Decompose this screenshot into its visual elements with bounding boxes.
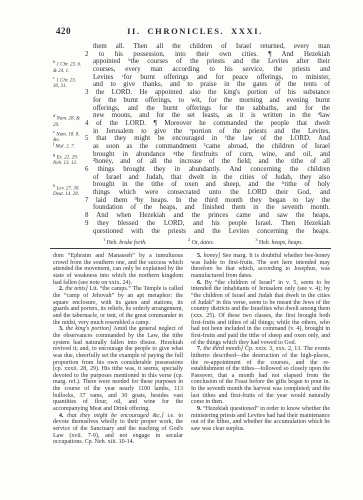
scripture-line: as soon as the commandment ¹came abroad,… [85,143,330,151]
scripture-line: foundation of the heaps, and finished th… [85,204,330,212]
scripture-line: 8 And when Hezekiah and the princes came… [85,212,330,220]
scripture-line: 2 to his possession, into their own citi… [85,51,330,59]
scripture-line: new moons, and for the set feasts, as it… [85,112,330,120]
margin-note-mark: e [53,129,55,134]
footnote-text: brake forth. [119,240,146,246]
scripture-section: b 1 Chr. 23. 6. & 24. 1.c 1 Chr. 23. 30,… [53,43,330,235]
verse-number: 4 [85,120,88,127]
margin-note: f Mal. 2. 7. [53,141,83,150]
verse-number: 2 [85,51,88,58]
scripture-line: Levites ᶜfor burnt offerings and for pea… [85,74,330,82]
margin-note-mark: h [53,183,55,188]
note-number: 7. [197,346,202,352]
verse-number: 6 [85,166,88,173]
scripture-line: of Israel and Judah, that dwelt in the c… [85,174,330,182]
footnote-row: 1 Heb. brake forth.2 Or, dates.3 Heb. he… [103,237,303,246]
scripture-line: appointed ᵇthe courses of the priests an… [85,58,330,66]
verse-number: 7 [85,197,88,204]
commentary-paragraph: 6. By “the children of Israel” in v. 5, … [191,280,330,347]
commentary-left-column: dom “Ephraim and Manasseh” by a tumultuo… [53,253,183,446]
scripture-line: ²honey, and of all the increase of the f… [85,158,330,166]
footnote-text: dates. [200,240,214,246]
margin-note-mark: c [53,75,55,80]
margin-note-mark: g [53,152,55,157]
margin-note-mark: b [53,59,55,64]
note-text: By “the children of Israel” in v. 5, see… [191,280,330,346]
note-lemma: the king's portion] [66,326,112,332]
scripture-line: them all. Then all the children of Israe… [85,43,330,51]
page-title: II. CHRONICLES. XXXI. [60,26,330,36]
verse-number: 3 [85,89,88,96]
scripture-line: for the burnt offerings, to wit, for the… [85,97,330,105]
note-number: 9. [197,406,202,412]
scripture-line: brought in the tithe of oxen and sheep, … [85,181,330,189]
footnote-mark: 2 [188,237,190,242]
scripture-line: 9 they blessed the LORD, and his people … [85,220,330,228]
verse-number: 8 [85,212,88,219]
margin-note: c 1 Chr. 23. 30, 31. [53,75,83,90]
scripture-line: 5 that they might be encouraged in ᶠthe … [85,135,330,143]
footnote-mark: 1 [103,237,105,242]
commentary-paragraph: dom “Ephraim and Manasseh” by a tumultuo… [53,253,183,286]
margin-note: g Ex. 22. 29. Neh. 13. 12. [53,152,83,167]
scripture-text: them all. Then all the children of Israe… [85,43,330,235]
footnote: 1 Heb. brake forth. [103,237,147,246]
note-text: Amid the general neglect of the observan… [53,326,183,412]
commentary-paragraph: 5. honey] See marg. It is doubtful wheth… [191,253,330,280]
commentary-right-column: 5. honey] See marg. It is doubtful wheth… [191,253,330,446]
commentary-paragraph: 2. the tents] Lit. “the camps.” The Temp… [53,286,183,326]
margin-note-mark: f [53,141,54,146]
note-number: 4. [59,413,64,419]
note-text: dom “Ephraim and Manasseh” by a tumultuo… [53,253,183,286]
commentary-paragraph: 3. the king's portion] Amid the general … [53,326,183,413]
scripture-line: offerings, and the burnt offerings for t… [85,105,330,113]
note-text: Lit. “the camps.” The Temple is called t… [53,286,183,325]
note-text: “Hezekiah questioned” in order to know w… [191,406,330,432]
scripture-line: 4 of the LORD. ¶ Moreover he commanded t… [85,120,330,128]
note-number: 3. [59,326,64,332]
scripture-line: 6 things brought they in abundantly. And… [85,166,330,174]
scripture-line: courses, every man according to his serv… [85,66,330,74]
verse-number: 9 [85,220,88,227]
divider-rule [50,248,331,249]
note-text: Cp. xxix. 3, xxx. 2, 13. The events hith… [191,346,330,405]
note-lemma: honey] [204,253,221,259]
note-lemma: the third month] [203,346,243,352]
commentary-paragraph: 9. “Hezekiah questioned” in order to kno… [191,406,330,433]
note-number: 6. [197,280,202,286]
scripture-line: things which were consecrated unto the L… [85,189,330,197]
footnote: 3 Heb. heaps, heaps. [255,237,303,246]
note-lemma: the tents] [65,286,88,292]
margin-note-mark: d [53,113,55,118]
scripture-line: in Jerusalem to give the ᵉportion of the… [85,128,330,136]
scripture-line: 7 laid them ³by heaps. In the third mont… [85,197,330,205]
margin-note: h Lev. 27. 30. Deut. 14. 28. [53,183,83,198]
footnote: 2 Or, dates. [188,237,214,246]
note-number: 2. [59,286,64,292]
page-header: 420 II. CHRONICLES. XXXI. [0,26,363,40]
footnote-mark: 3 [255,237,257,242]
commentary-section: dom “Ephraim and Manasseh” by a tumultuo… [53,253,330,446]
scripture-line: 3 the LORD. He appointed also the king's… [85,89,330,97]
scripture-line: questioned with the priests and the Levi… [85,228,330,236]
commentary-paragraph: 4. that they might be encouraged &c.] i.… [53,413,183,446]
footnote-text: heaps, heaps. [272,240,303,246]
verse-number: 5 [85,135,88,142]
margin-note: b 1 Chr. 23. 6. & 24. 1. [53,59,83,74]
note-number: 5. [197,253,202,259]
note-lemma: that they might be encouraged &c.] [67,413,164,419]
scripture-line: brought in abundance ᵍthe firstfruits of… [85,151,330,159]
book-page: 420 II. CHRONICLES. XXXI. b 1 Chr. 23. 6… [0,0,363,500]
commentary-paragraph: 7. the third month] Cp. xxix. 3, xxx. 2,… [191,346,330,406]
margin-note: d Num. 28, & 29. [53,113,83,128]
scripture-line: and to give thanks, and to praise in the… [85,81,330,89]
